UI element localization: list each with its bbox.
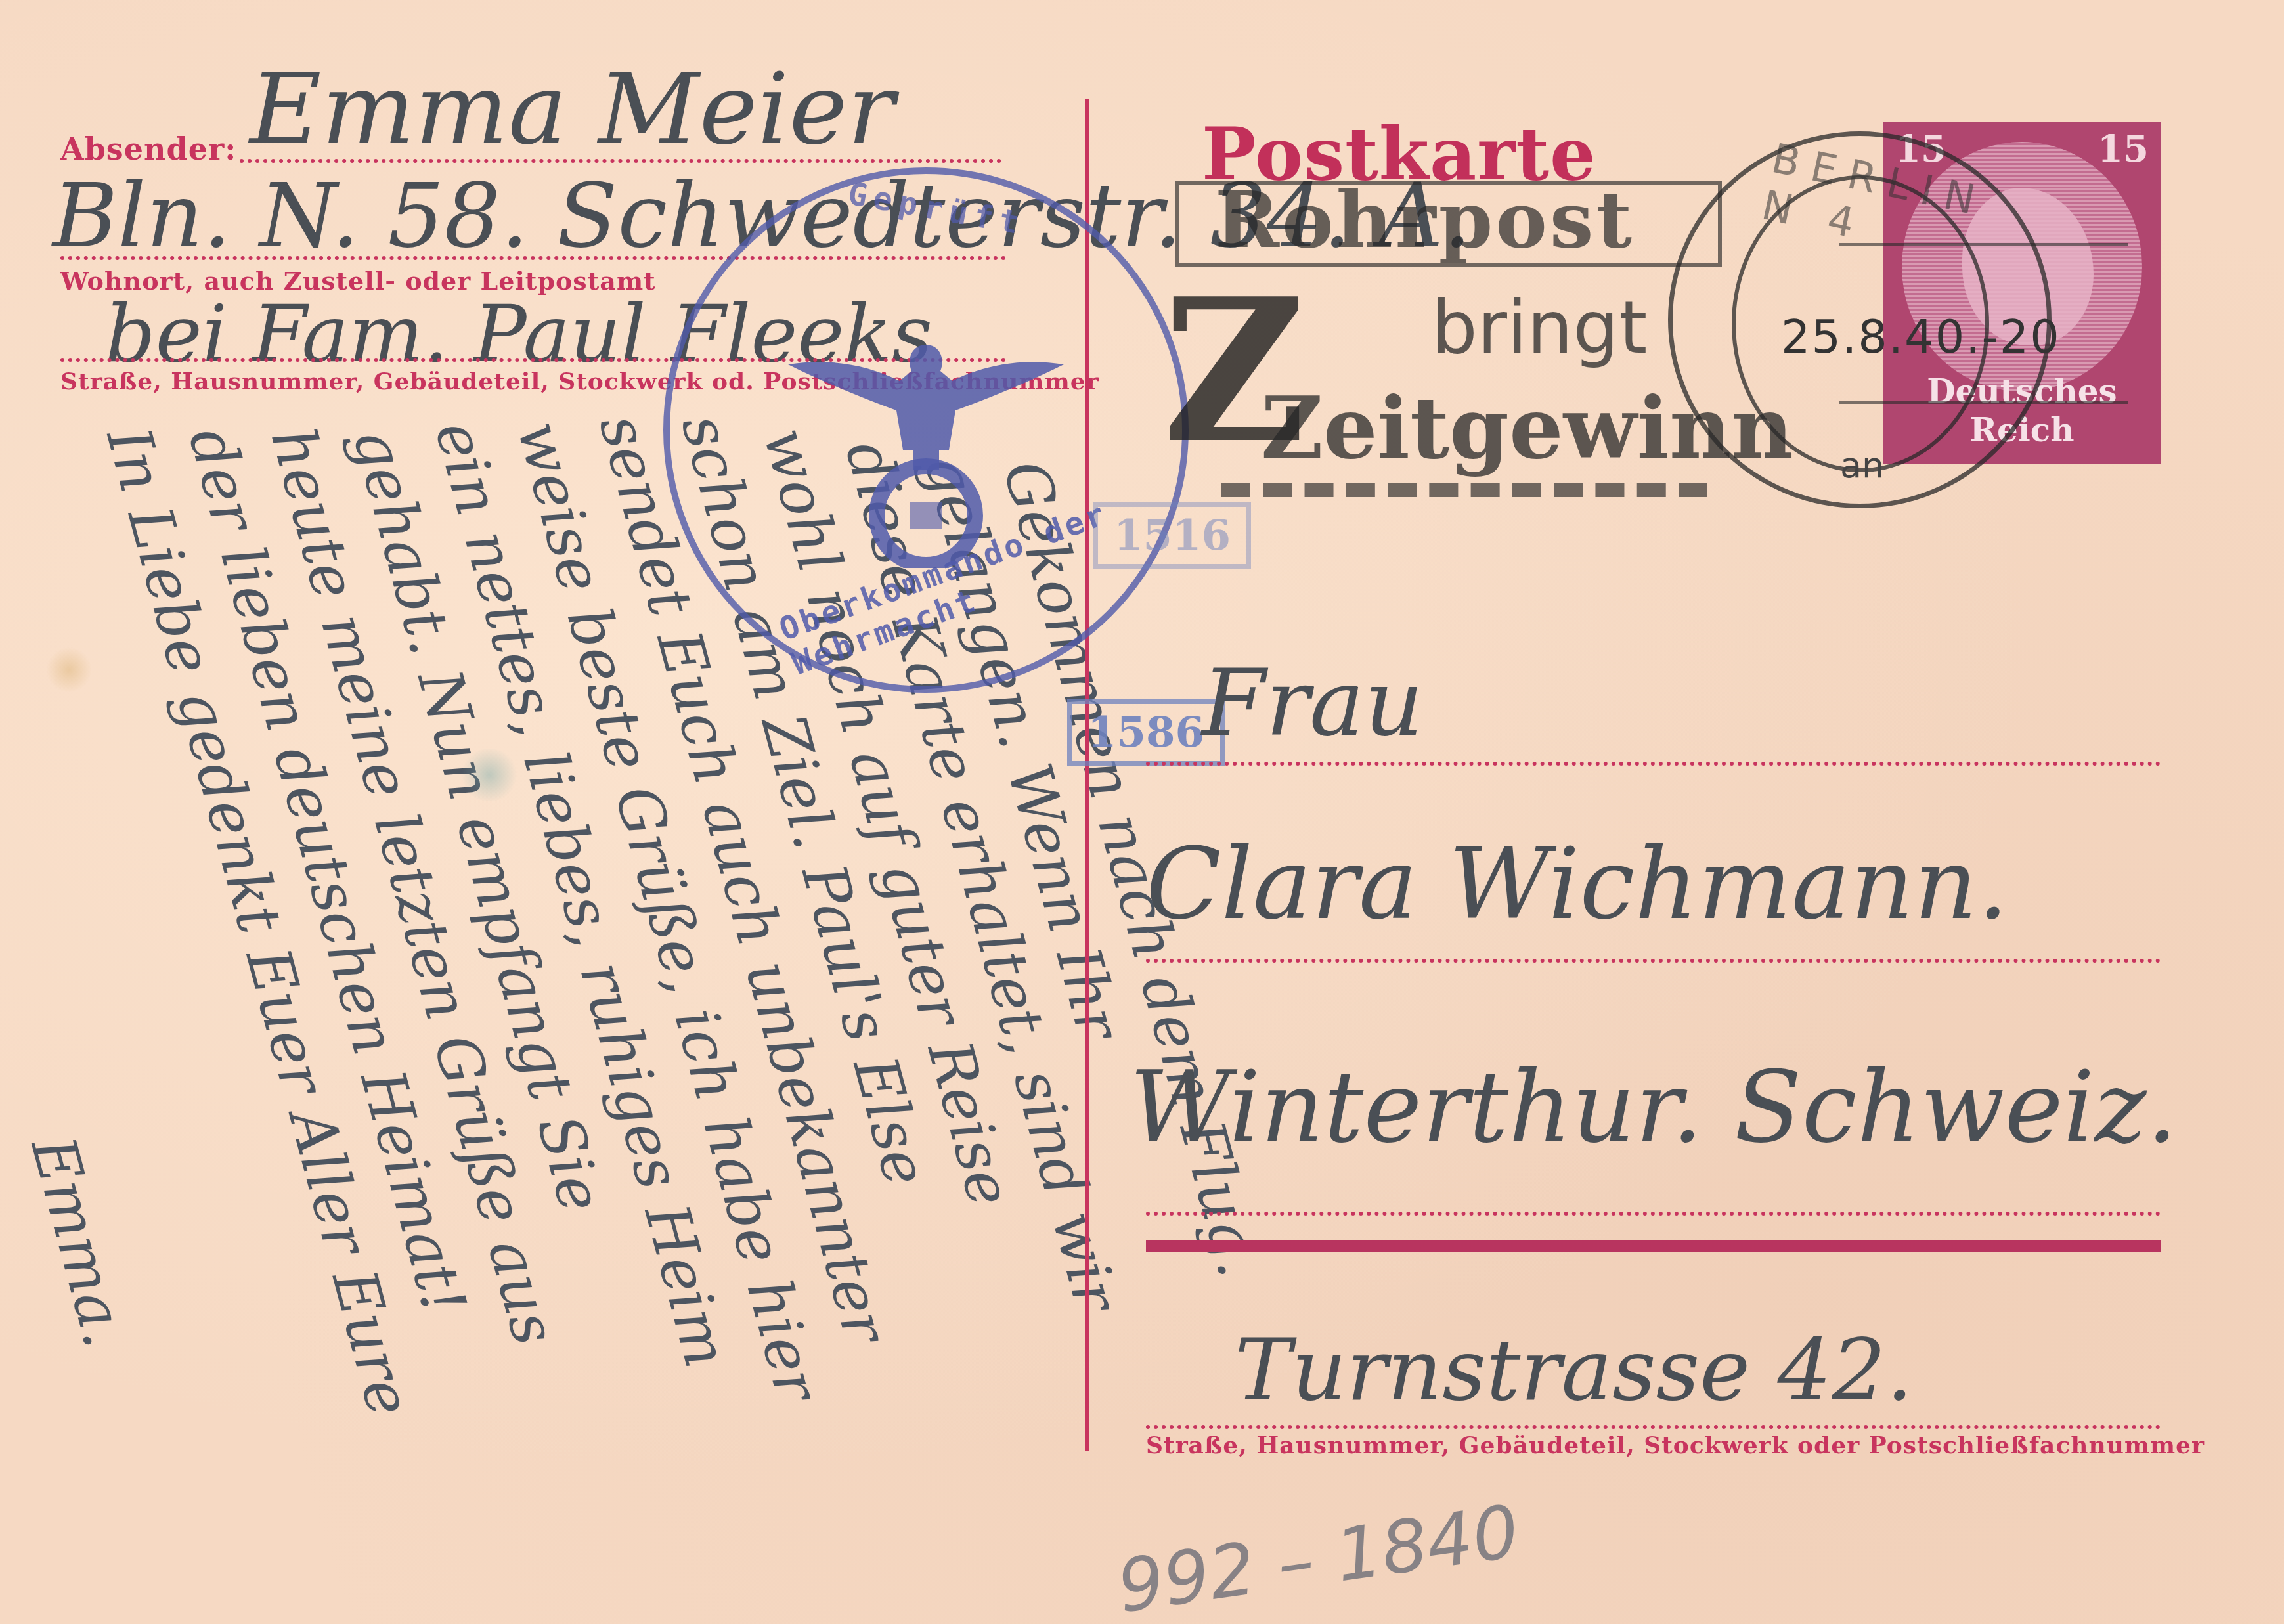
recipient-salutation: Frau (1202, 650, 1424, 757)
recipient-name: Clara Wichmann. (1146, 827, 2009, 942)
postmark-bar (1839, 243, 2128, 246)
recipient-street: Turnstrasse 42. (1235, 1320, 1913, 1420)
dotted-line (1146, 762, 2161, 766)
slogan-dashes (1221, 483, 1707, 497)
sender-name: Emma Meier (250, 53, 894, 167)
slogan-line1: Rohrpost (1215, 174, 1635, 265)
dotted-line (240, 159, 1001, 163)
stain (46, 647, 92, 693)
recipient-street-label: Straße, Hausnummer, Gebäudeteil, Stockwe… (1146, 1432, 2205, 1459)
slogan-cancel: Rohrpost Z bringt Zeitgewinn (1143, 174, 1721, 502)
slogan-line2: bringt (1432, 286, 1647, 370)
stain (460, 749, 519, 801)
sender-label: Absender: (60, 131, 236, 167)
postmark: BERLIN N 4 25.8.40.-20 an (1668, 131, 2052, 508)
destination-underline (1146, 1240, 2161, 1252)
signature: Emma. (18, 1130, 141, 1354)
postmark-code: an (1840, 445, 1884, 486)
dotted-line (1146, 1212, 2161, 1216)
dotted-line (1146, 1425, 2161, 1429)
censor-number-box: 1516 (1093, 502, 1251, 569)
stamp-value-right: 15 (2097, 127, 2149, 171)
recipient-city: Winterthur. Schweiz. (1130, 1051, 2178, 1165)
censor-stamp: Geprüft Oberkommando der Wehrmacht (663, 167, 1189, 693)
dotted-line (1146, 959, 2161, 963)
censor-top-text: Geprüft (845, 175, 1028, 242)
postmark-date: 25.8.40.-20 (1781, 310, 2061, 364)
pencil-note: 992 – 1840 (1112, 1489, 1524, 1624)
postmark-bar (1839, 401, 2128, 404)
